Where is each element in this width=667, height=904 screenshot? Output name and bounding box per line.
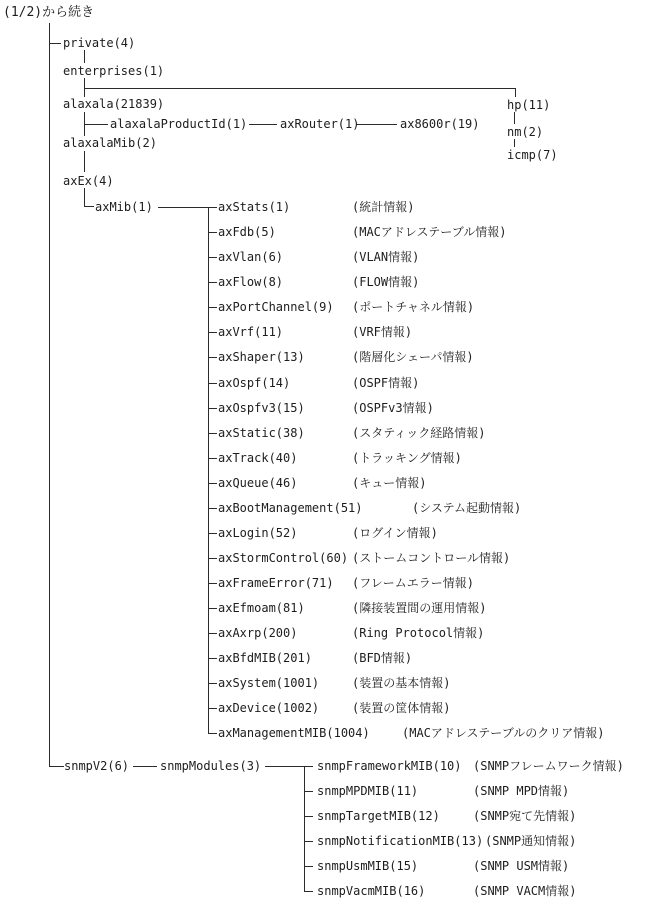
node-description: (BFD情報) [352, 646, 412, 670]
tree-node-row: axStatic(38)(スタティック経路情報) [0, 421, 667, 445]
node-description: (隣接装置間の運用情報) [352, 596, 486, 620]
node-description: (SNMP宛て先情報) [473, 804, 576, 828]
node-label: axTrack(40) [218, 446, 297, 470]
node-hp: hp(11) [507, 97, 550, 113]
connector-line [249, 124, 277, 125]
node-label: snmpUsmMIB(15) [317, 854, 418, 878]
node-description: (FLOW情報) [352, 270, 419, 294]
node-label: snmpMPDMIB(11) [317, 779, 418, 803]
node-label: axStatic(38) [218, 421, 305, 445]
tree-node-row: axFrameError(71)(フレームエラー情報) [0, 571, 667, 595]
node-description: (Ring Protocol情報) [352, 621, 484, 645]
tree-node-row: snmpVacmMIB(16)(SNMP VACM情報) [0, 879, 667, 903]
connector-line [84, 88, 516, 89]
tree-node-row: axAxrp(200)(Ring Protocol情報) [0, 621, 667, 645]
node-description: (VLAN情報) [352, 245, 419, 269]
tree-node-row: axManagementMIB(1004)(MACアドレステーブルのクリア情報) [0, 721, 667, 745]
node-ax-ex: axEx(4) [63, 173, 114, 189]
tree-node-row: snmpMPDMIB(11)(SNMP MPD情報) [0, 779, 667, 803]
node-description: (SNMPフレームワーク情報) [473, 754, 624, 778]
node-label: axLogin(52) [218, 521, 297, 545]
node-label: axBootManagement(51) [218, 496, 363, 520]
node-description: (トラッキング情報) [352, 446, 462, 470]
tree-node-row: snmpTargetMIB(12)(SNMP宛て先情報) [0, 804, 667, 828]
node-label: axSystem(1001) [218, 671, 319, 695]
tree-node-row: axBootManagement(51)(システム起動情報) [0, 496, 667, 520]
node-label: axFdb(5) [218, 220, 276, 244]
node-label: snmpFrameworkMIB(10) [317, 754, 462, 778]
node-label: axStats(1) [218, 195, 290, 219]
node-icmp: icmp(7) [507, 147, 558, 163]
tree-node-row: axOspfv3(15)(OSPFv3情報) [0, 396, 667, 420]
node-description: (システム起動情報) [412, 496, 521, 520]
node-label: snmpVacmMIB(16) [317, 879, 425, 903]
node-label: axShaper(13) [218, 345, 305, 369]
node-description: (MACアドレステーブルのクリア情報) [402, 721, 604, 745]
node-description: (キュー情報) [352, 471, 426, 495]
tree-node-row: axBfdMIB(201)(BFD情報) [0, 646, 667, 670]
node-label: axOspfv3(15) [218, 396, 305, 420]
node-label: axStormControl(60) [218, 546, 348, 570]
tree-node-row: axOspf(14)(OSPF情報) [0, 371, 667, 395]
node-description: (階層化シェーパ情報) [352, 345, 474, 369]
node-label: snmpNotificationMIB(13) [317, 829, 483, 853]
connector-line [84, 151, 85, 172]
tree-node-row: axEfmoam(81)(隣接装置間の運用情報) [0, 596, 667, 620]
tree-node-row: axFdb(5)(MACアドレステーブル情報) [0, 220, 667, 244]
node-label: axBfdMIB(201) [218, 646, 312, 670]
tree-node-row: snmpFrameworkMIB(10)(SNMPフレームワーク情報) [0, 754, 667, 778]
connector-line [356, 124, 397, 125]
node-description: (ポートチャネル情報) [352, 295, 474, 319]
node-label: axQueue(46) [218, 471, 297, 495]
node-label: axVrf(11) [218, 320, 283, 344]
node-label: axVlan(6) [218, 245, 283, 269]
tree-node-row: snmpNotificationMIB(13)(SNMP通知情報) [0, 829, 667, 853]
node-ax-router: axRouter(1) [280, 116, 359, 132]
connector-line [84, 124, 108, 125]
node-description: (SNMP MPD情報) [473, 779, 569, 803]
tree-node-row: axDevice(1002)(装置の筐体情報) [0, 696, 667, 720]
node-label: axFlow(8) [218, 270, 283, 294]
node-description: (SNMP USM情報) [473, 854, 569, 878]
node-private: private(4) [63, 35, 135, 51]
node-description: (OSPF情報) [352, 371, 419, 395]
connector-line [515, 88, 516, 97]
tree-node-row: axShaper(13)(階層化シェーパ情報) [0, 345, 667, 369]
node-ax8600r: ax8600r(19) [400, 116, 479, 132]
tree-node-row: axStats(1)(統計情報) [0, 195, 667, 219]
node-enterprises: enterprises(1) [63, 63, 164, 79]
tree-node-row: axQueue(46)(キュー情報) [0, 471, 667, 495]
node-label: axDevice(1002) [218, 696, 319, 720]
tree-node-row: snmpUsmMIB(15)(SNMP USM情報) [0, 854, 667, 878]
tree-node-row: axVrf(11)(VRF情報) [0, 320, 667, 344]
continuation-note: (1/2)から続き [3, 4, 94, 22]
node-alaxala: alaxala(21839) [63, 96, 164, 112]
node-description: (装置の基本情報) [352, 671, 450, 695]
node-label: axPortChannel(9) [218, 295, 334, 319]
tree-node-row: axLogin(52)(ログイン情報) [0, 521, 667, 545]
node-description: (VRF情報) [352, 320, 412, 344]
node-description: (ストームコントロール情報) [352, 546, 510, 570]
node-nm: nm(2) [507, 124, 543, 140]
node-description: (装置の筐体情報) [352, 696, 450, 720]
node-description: (統計情報) [352, 195, 414, 219]
connector-line [84, 50, 85, 63]
node-description: (SNMP通知情報) [485, 829, 576, 853]
node-label: axEfmoam(81) [218, 596, 305, 620]
node-description: (SNMP VACM情報) [473, 879, 576, 903]
node-label: axManagementMIB(1004) [218, 721, 370, 745]
node-label: snmpTargetMIB(12) [317, 804, 440, 828]
tree-node-row: axVlan(6)(VLAN情報) [0, 245, 667, 269]
tree-node-row: axTrack(40)(トラッキング情報) [0, 446, 667, 470]
node-description: (スタティック経路情報) [352, 421, 486, 445]
tree-node-row: axFlow(8)(FLOW情報) [0, 270, 667, 294]
mib-tree-page: { "title": "(1/2)から続き", "colors": { "bac… [0, 0, 667, 904]
node-alaxala-mib: alaxalaMib(2) [63, 135, 157, 151]
node-label: axOspf(14) [218, 371, 290, 395]
node-description: (フレームエラー情報) [352, 571, 474, 595]
node-alaxala-product-id: alaxalaProductId(1) [110, 116, 247, 132]
node-description: (OSPFv3情報) [352, 396, 434, 420]
connector-line [49, 43, 61, 44]
connector-line [514, 112, 515, 124]
tree-node-row: axStormControl(60)(ストームコントロール情報) [0, 546, 667, 570]
node-description: (MACアドレステーブル情報) [352, 220, 506, 244]
tree-node-row: axSystem(1001)(装置の基本情報) [0, 671, 667, 695]
node-description: (ログイン情報) [352, 521, 438, 545]
connector-line [514, 139, 515, 147]
node-label: axFrameError(71) [218, 571, 334, 595]
tree-node-row: axPortChannel(9)(ポートチャネル情報) [0, 295, 667, 319]
node-label: axAxrp(200) [218, 621, 297, 645]
